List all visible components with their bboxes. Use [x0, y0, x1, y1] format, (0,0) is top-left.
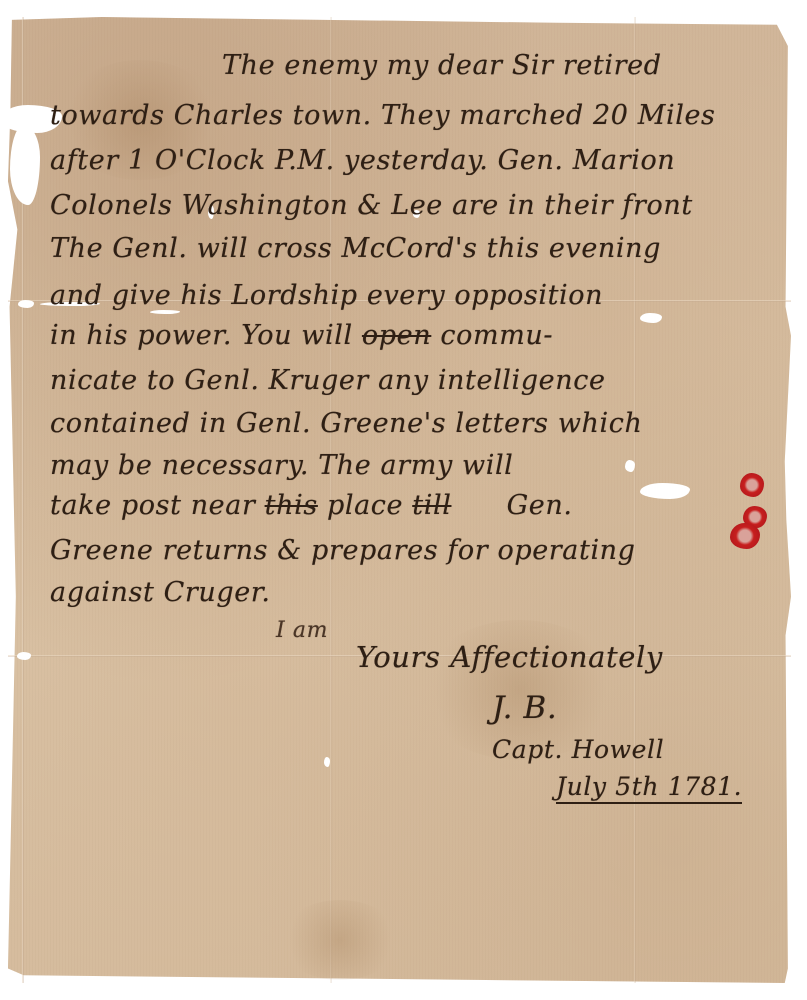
pinhole-left-fold — [18, 300, 34, 308]
struck-word: this — [265, 490, 318, 521]
torn-hole-right — [640, 483, 690, 499]
hole-right — [640, 313, 662, 323]
letter-line-11-text: take post near — [50, 490, 255, 521]
closing-prefix: I am — [276, 618, 328, 643]
letter-line-7-text: in his power. You will — [50, 320, 353, 351]
letter-line-3: after 1 O'Clock P.M. yesterday. Gen. Mar… — [50, 145, 675, 176]
letter-line-8: nicate to Genl. Kruger any intelligence — [50, 365, 606, 396]
letter-line-2: towards Charles town. They marched 20 Mi… — [50, 100, 715, 131]
wax-seal-remnant — [740, 473, 764, 497]
letter-line-7: in his power. You will open commu- — [50, 320, 553, 351]
letter-line-11-word: place — [327, 490, 403, 521]
letter-line-6: and give his Lordship every opposition — [50, 280, 603, 311]
pinhole — [625, 460, 635, 472]
letter-line-5: The Genl. will cross McCord's this eveni… — [50, 233, 661, 264]
struck-word: open — [362, 320, 431, 351]
letter-line-11-end: Gen. — [507, 490, 573, 521]
letter-line-1: The enemy my dear Sir retired — [222, 50, 662, 81]
letter-line-10: may be necessary. The army will — [50, 450, 513, 481]
paper-stain — [280, 900, 400, 980]
torn-edge-right — [790, 470, 807, 580]
recipient-name: Capt. Howell — [492, 735, 664, 764]
letter-line-11: take post near this place till Gen. — [50, 490, 573, 521]
torn-hole-left-edge — [10, 125, 40, 205]
letter-date: July 5th 1781. — [556, 772, 742, 801]
letter-line-7-tail: commu- — [440, 320, 553, 351]
letter-line-9: contained in Genl. Greene's letters whic… — [50, 408, 642, 439]
pinhole-left-fold — [17, 652, 31, 660]
struck-word: till — [412, 490, 451, 521]
letter-line-12: Greene returns & prepares for operating — [50, 535, 636, 566]
letter-line-4: Colonels Washington & Lee are in their f… — [50, 190, 693, 221]
letter-line-13: against Cruger. — [50, 577, 271, 608]
letter-date-text: July 5th 1781. — [556, 772, 742, 804]
pinhole — [324, 757, 330, 767]
closing-salutation: Yours Affectionately — [356, 640, 663, 674]
signature-initials: J. B. — [492, 690, 557, 726]
wax-seal-remnant — [730, 523, 760, 549]
